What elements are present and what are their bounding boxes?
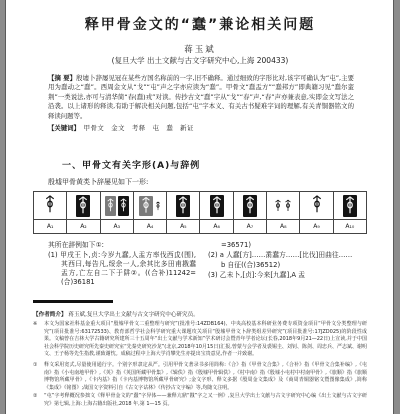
inscription-example-line: (3) 乙未卜,[贞]:今来[九蠢],A 盂 xyxy=(208,271,356,280)
glyph-cell xyxy=(67,192,100,220)
glyph-image-row xyxy=(34,192,367,220)
abstract-block: 【摘 要】殷墟卜辞屡见冠在某些方国名称前的一字,旧不确释。通过细致的字形比对,该… xyxy=(48,74,354,133)
glyph-label: A₄ xyxy=(133,220,166,234)
oracle-bone-glyph-of-tun-rubbing xyxy=(105,196,116,216)
abstract-label: 【摘 要】 xyxy=(48,74,76,82)
glyph-cell xyxy=(233,192,266,220)
oracle-bone-glyph-of-tun-rubbing xyxy=(210,195,224,217)
inscription-example-line: (2) a 人蠢[方]……黹蠢方……[比伐]田曲往…… xyxy=(208,251,356,260)
footnote-2: ② “屯”字考释概况参拙文《释甲骨金文的“蠢”字异体——兼释亢鼎“戡”字之又一例… xyxy=(33,393,367,408)
glyph-cell xyxy=(300,192,333,220)
oracle-bone-glyph-of-tun-rubbing xyxy=(118,196,129,216)
footnote-separator xyxy=(33,300,113,303)
paper-title: 释甲骨金文的“蠢”兼论相关问题 xyxy=(20,14,380,34)
glyph-cell xyxy=(133,192,166,220)
inscription-example-line: 其所在辞例如下①: xyxy=(48,241,196,250)
oracle-bone-glyph-of-tun xyxy=(44,194,56,218)
footnote-1-marker: ① xyxy=(33,362,41,392)
oracle-bone-glyph-of-tun-rubbing xyxy=(343,195,357,217)
glyph-label: A₆ xyxy=(200,220,233,234)
scanned-paper-page: 释甲骨金文的“蠢”兼论相关问题 蒋玉斌 (复旦大学 出土文献与古文字研究中心,上… xyxy=(0,0,400,414)
glyph-label: A₃ xyxy=(100,220,133,234)
inscription-example-line: =36571) xyxy=(208,241,356,250)
glyph-cell xyxy=(267,192,300,220)
glyph-label-row: A₁A₂A₃A₄A₅A₆A₇A₈A₉A₁₀ xyxy=(34,220,367,234)
examples-right-column: =36571)(2) a 人蠢[方]……黹蠢方……[比伐]田曲往……b 自征((… xyxy=(208,241,356,288)
scan-edge-left xyxy=(0,0,6,414)
glyph-label: A₇ xyxy=(233,220,266,234)
section-intro: 殷墟甲骨黄类卜辞屡见如下一形: xyxy=(48,177,354,187)
oracle-bone-glyph-of-tun xyxy=(284,197,292,216)
oracle-bone-glyph-of-tun xyxy=(155,196,161,215)
oracle-bone-glyph-of-tun xyxy=(311,194,323,218)
oracle-bone-glyph-of-tun-rubbing xyxy=(176,195,190,217)
keywords-line: 【关键词】 甲骨文 金文 考释 屯 蠢 新证 xyxy=(48,124,354,133)
keywords-list: 甲骨文 金文 考释 屯 蠢 新证 xyxy=(80,124,194,132)
author-bio-label: 【作者简介】 xyxy=(33,312,67,318)
author-name: 蒋玉斌 xyxy=(20,43,380,55)
author-affiliation: (复旦大学 出土文献与古文字研究中心,上海 200433) xyxy=(20,55,380,66)
scan-edge-right xyxy=(393,0,400,414)
keywords-label: 【关键词】 xyxy=(48,124,80,132)
funding-text: 本文为国家社科基金重大项目“殷墟甲骨文二重整理与研究”(批准号:14ZDB164… xyxy=(44,321,367,359)
glyph-cell xyxy=(333,192,366,220)
oracle-bone-glyph-of-tun-rubbing xyxy=(243,195,257,217)
oracle-bone-glyph-of-tun-rubbing xyxy=(139,196,153,216)
glyph-cell xyxy=(34,192,67,220)
glyph-label: A₂ xyxy=(67,220,100,234)
glyph-label: A₁ xyxy=(34,220,67,234)
glyph-cell xyxy=(167,192,200,220)
glyph-cell xyxy=(100,192,133,220)
author-bio-line: 【作者简介】 蒋玉斌,复旦大学出土文献与古文字研究中心研究员。 xyxy=(33,310,367,318)
glyph-label: A₁₀ xyxy=(333,220,366,234)
examples-left-column: 其所在辞例如下①:(1) 甲戌王卜,贞:今岁九蠢,人盂方率伐西戉(围),其西曰,… xyxy=(48,241,196,288)
glyph-label: A₉ xyxy=(300,220,333,234)
inscription-example-line: (1) 甲戌王卜,贞:今岁九蠢,人盂方率伐西戉(围),其西曰,每告凡,绥余一人,… xyxy=(48,251,196,287)
section-heading: 一、甲骨文有关字形(A)与辞例 xyxy=(62,158,200,171)
footnote-1-text: 释文采用宽式,尽量使用通行字。个别字形隶定从严。引用甲骨文著录书多用简称:《合》… xyxy=(44,362,367,392)
footnote-2-text: “屯”字考释概况参拙文《释甲骨金文的“蠢”字异体——兼释亢鼎“戡”字之又一例》,… xyxy=(44,393,367,408)
funding-note: ※ 本文为国家社科基金重大项目“殷墟甲骨文二重整理与研究”(批准号:14ZDB1… xyxy=(33,321,367,359)
glyph-cell xyxy=(200,192,233,220)
inscription-example-line: b 自征((合)36512) xyxy=(208,261,356,270)
oracle-bone-glyph-of-tun xyxy=(274,197,282,216)
oracle-glyph-table: A₁A₂A₃A₄A₅A₆A₇A₈A₉A₁₀ xyxy=(33,191,367,234)
oracle-bone-glyph-of-tun-rubbing xyxy=(76,195,90,217)
footnote-1: ① 释文采用宽式,尽量使用通行字。个别字形隶定从严。引用甲骨文著录书多用简称:《… xyxy=(33,362,367,392)
footnote-2-marker: ② xyxy=(33,393,41,408)
glyph-label: A₅ xyxy=(167,220,200,234)
glyph-label: A₈ xyxy=(267,220,300,234)
abstract-text: 【摘 要】殷墟卜辞屡见冠在某些方国名称前的一字,旧不确释。通过细致的字形比对,该… xyxy=(48,74,354,121)
inscription-examples: 其所在辞例如下①:(1) 甲戌王卜,贞:今岁九蠢,人盂方率伐西戉(围),其西曰,… xyxy=(48,241,356,288)
funding-marker: ※ xyxy=(33,321,41,359)
